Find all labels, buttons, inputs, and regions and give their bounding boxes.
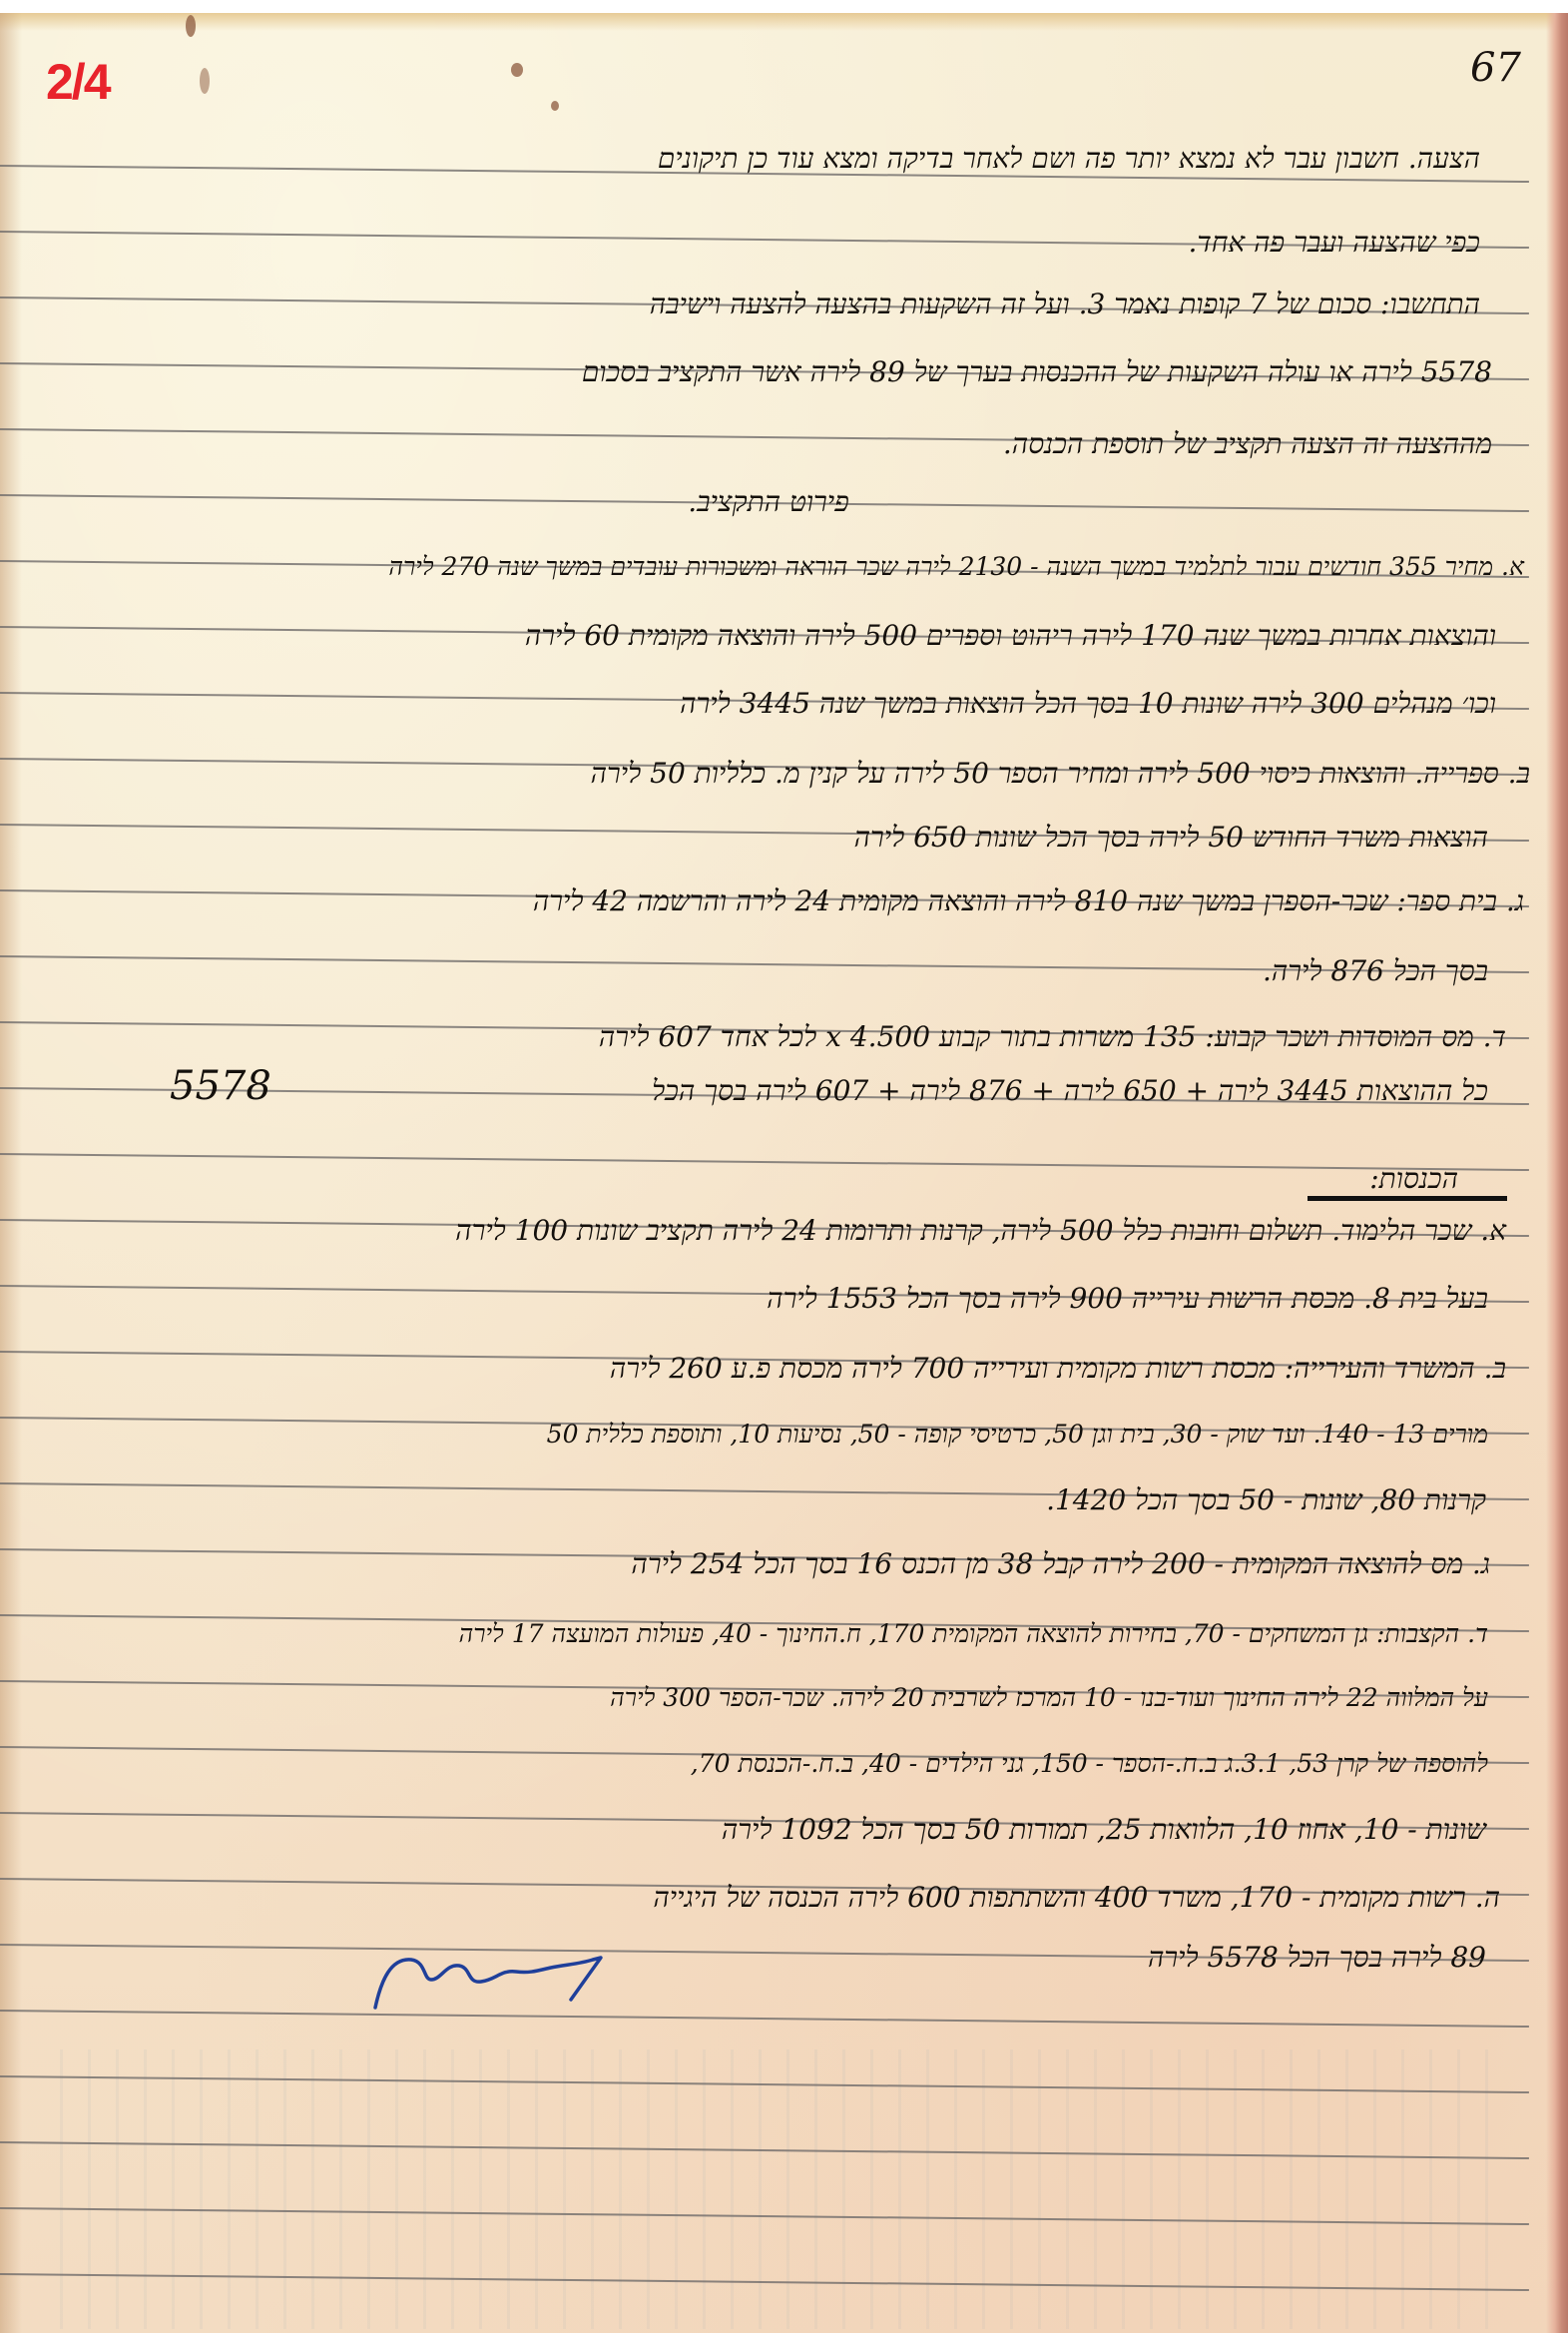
page-edge (1546, 13, 1568, 2333)
page-number: 67 (1470, 45, 1521, 91)
expense-item-c-line: בסך הכל 876 לירה. (690, 951, 1488, 991)
expense-item-a-line: א. מחיר 355 חודשים עבור לתלמיד במשך השנה… (47, 547, 1524, 587)
expense-item-c-line: ג. בית ספר: שכר-הספרן במשך שנה 810 לירה … (47, 881, 1524, 921)
income-heading: הכנסות: (1059, 1159, 1458, 1199)
ink-stain (551, 101, 559, 111)
expense-item-d-line: ד. מס המוסדות ושכר קבוע: 135 משרות בתור … (308, 1017, 1506, 1057)
binding-shadow (0, 13, 22, 2333)
expense-item-a-line: וכו׳ מנהלים 300 לירה שונות 10 בסך הכל הו… (199, 684, 1496, 724)
intro-line: הצעה. חשבון עבר לא נמצא יותר פה ושם לאחר… (183, 139, 1480, 179)
income-item-d-line: להוספה של קרן 53, 3.1.ג ב.ח.-הספר - 150,… (111, 1744, 1488, 1784)
ruled-line (0, 2010, 1529, 2028)
intro-line: 5578 לירה או עולה השקעות של ההכנסות בערך… (294, 352, 1492, 392)
income-item-c-line: ג. מס להוצאה המקומית - 200 לירה קבל 38 מ… (193, 1544, 1490, 1584)
income-item-b-line: קרנות 80, שונות - 50 בסך הכל 1420. (488, 1480, 1486, 1520)
income-item-a-line: בעל בית 8. מכסת הרשות עירייה 900 לירה בס… (290, 1279, 1488, 1319)
income-item-d-line: על המלווה 22 לירה החינוך ועוד-בנו - 10 ה… (91, 1678, 1488, 1718)
expenses-sum-line: כל ההוצאות 3445 לירה + 650 לירה + 876 לי… (490, 1071, 1488, 1111)
income-item-a-line: א. שכר הלימוד. תשלום וחובות כלל 500 לירה… (59, 1211, 1506, 1251)
income-item-e-line: ה. רשות מקומית - 170, משרד 400 והשתתפות … (23, 1878, 1500, 1918)
income-item-e-line: 89 לירה בסך הכל 5578 לירה (787, 1938, 1486, 1978)
expenses-grand-total: 5578 (170, 1063, 271, 1109)
ink-stain (186, 15, 196, 37)
heading-underline (1307, 1196, 1507, 1201)
ink-stain (200, 68, 210, 94)
expense-item-a-line: והוצאות אחרות במשך שנה 170 לירה ריהוט וס… (99, 616, 1496, 656)
income-item-d-line: שונות - 10, אחוז 10, הלוואות 25, תמורות … (288, 1810, 1486, 1850)
expense-item-b-line: הוצאות משרד החודש 50 לירה בסך הכל שונות … (490, 818, 1488, 858)
income-item-b-line: ב. המשרד והעירייה: מכסת רשות מקומית ועיר… (109, 1349, 1506, 1389)
page-counter-label: 2/4 (46, 53, 110, 111)
intro-line: מההצעה זה הצעה תקציב של תוספת הכנסה. (494, 424, 1492, 464)
ledger-page: 2/4 67 הצעה. חשבון עבר לא נמצא יותר פה ו… (0, 13, 1568, 2333)
ink-stain (511, 63, 523, 77)
intro-line: התחשבו: סכום של 7 קופות נאמר 3. ועל זה ה… (223, 285, 1480, 324)
income-item-b-line: מורים 13 - 140. ועד שוק - 30, בית וגן 50… (0, 1415, 1488, 1455)
intro-line: כפי שהצעה ועבר פה אחד. (782, 223, 1480, 263)
expense-item-b-line: ב. ספרייה. והוצאות כיסוי 500 לירה ומחיר … (113, 754, 1530, 794)
signature-icon (371, 1950, 631, 2010)
income-item-d-line: ד. הקצבות: גן המשחקים - 70, בחירות להוצא… (11, 1614, 1488, 1654)
section-title: פירוט התקציב. (619, 482, 918, 522)
